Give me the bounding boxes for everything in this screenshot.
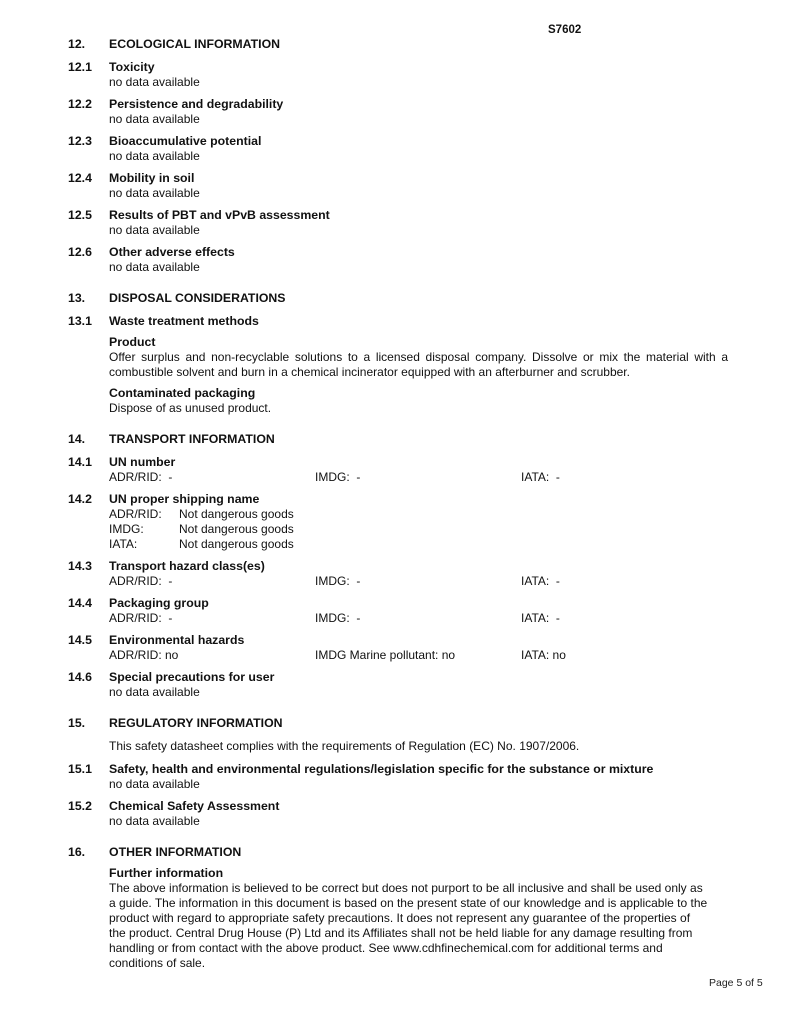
subsection-text: no data available: [109, 685, 728, 700]
shipping-key: ADR/RID:: [109, 507, 179, 522]
iata-value: IATA: -: [521, 611, 560, 626]
subsection-title: Chemical Safety Assessment: [109, 799, 728, 814]
section-12-heading: 12. ECOLOGICAL INFORMATION: [68, 37, 728, 52]
regulatory-intro: This safety datasheet complies with the …: [68, 739, 728, 754]
section-15-heading: 15. REGULATORY INFORMATION: [68, 716, 728, 731]
section-title: ECOLOGICAL INFORMATION: [109, 37, 728, 52]
subsection-number: 15.2: [68, 799, 109, 829]
product-title: Product: [109, 335, 728, 350]
imdg-value: IMDG: -: [315, 574, 521, 589]
transport-values: ADR/RID: - IMDG: - IATA: -: [109, 611, 728, 626]
imdg-value: IMDG Marine pollutant: no: [315, 648, 521, 663]
adr-value: ADR/RID: no: [109, 648, 315, 663]
subsection-number: 14.3: [68, 559, 109, 589]
subsection-title: Other adverse effects: [109, 245, 728, 260]
packaging-title: Contaminated packaging: [109, 386, 728, 401]
subsection-13-1: 13.1 Waste treatment methods Product Off…: [68, 314, 728, 416]
subsection-title: Mobility in soil: [109, 171, 728, 186]
page-number: Page 5 of 5: [709, 977, 763, 989]
transport-values: ADR/RID: - IMDG: - IATA: -: [109, 574, 728, 589]
adr-value: ADR/RID: -: [109, 574, 315, 589]
iata-value: IATA: no: [521, 648, 566, 663]
section-title: OTHER INFORMATION: [109, 845, 728, 860]
section-title: REGULATORY INFORMATION: [109, 716, 728, 731]
subsection-title: Waste treatment methods: [109, 314, 728, 329]
subsection-15-2: 15.2 Chemical Safety Assessmentno data a…: [68, 799, 728, 829]
adr-value: ADR/RID: -: [109, 611, 315, 626]
subsection-number: 14.6: [68, 670, 109, 700]
subsection-number: 14.4: [68, 596, 109, 626]
section-title: DISPOSAL CONSIDERATIONS: [109, 291, 728, 306]
subsection-text: no data available: [109, 112, 728, 127]
document-code: S7602: [548, 24, 581, 36]
subsection-number: 12.2: [68, 97, 109, 127]
subsection-title: Safety, health and environmental regulat…: [109, 762, 728, 777]
subsection-12-6: 12.6 Other adverse effectsno data availa…: [68, 245, 728, 275]
imdg-value: IMDG: -: [315, 470, 521, 485]
subsection-text: no data available: [109, 186, 728, 201]
shipping-row-imdg: IMDG:Not dangerous goods: [109, 522, 728, 537]
section-13-heading: 13. DISPOSAL CONSIDERATIONS: [68, 291, 728, 306]
subsection-14-6: 14.6 Special precautions for userno data…: [68, 670, 728, 700]
product-text: Offer surplus and non-recyclable solutio…: [109, 350, 728, 380]
subsection-14-1: 14.1 UN number ADR/RID: - IMDG: - IATA: …: [68, 455, 728, 485]
shipping-row-iata: IATA:Not dangerous goods: [109, 537, 728, 552]
subsection-title: Toxicity: [109, 60, 728, 75]
subsection-text: no data available: [109, 260, 728, 275]
shipping-value: Not dangerous goods: [179, 522, 294, 537]
section-number: 13.: [68, 291, 109, 306]
subsection-number: 12.5: [68, 208, 109, 238]
subsection-title: Persistence and degradability: [109, 97, 728, 112]
shipping-value: Not dangerous goods: [179, 537, 294, 552]
shipping-value: Not dangerous goods: [179, 507, 294, 522]
packaging-text: Dispose of as unused product.: [109, 401, 728, 416]
shipping-key: IATA:: [109, 537, 179, 552]
subsection-title: Results of PBT and vPvB assessment: [109, 208, 728, 223]
section-number: 12.: [68, 37, 109, 52]
shipping-row-adr: ADR/RID:Not dangerous goods: [109, 507, 728, 522]
section-number: 15.: [68, 716, 109, 731]
subsection-title: UN proper shipping name: [109, 492, 728, 507]
subsection-number: 12.3: [68, 134, 109, 164]
adr-value: ADR/RID: -: [109, 470, 315, 485]
subsection-title: Packaging group: [109, 596, 728, 611]
further-information-text: The above information is believed to be …: [109, 881, 709, 971]
section-14-heading: 14. TRANSPORT INFORMATION: [68, 432, 728, 447]
iata-value: IATA: -: [521, 470, 560, 485]
subsection-title: Bioaccumulative potential: [109, 134, 728, 149]
subsection-number: 15.1: [68, 762, 109, 792]
subsection-text: no data available: [109, 75, 728, 90]
further-information: Further information The above informatio…: [68, 866, 728, 971]
subsection-12-4: 12.4 Mobility in soilno data available: [68, 171, 728, 201]
subsection-number: 12.1: [68, 60, 109, 90]
subsection-number: 14.1: [68, 455, 109, 485]
subsection-12-3: 12.3 Bioaccumulative potentialno data av…: [68, 134, 728, 164]
subsection-number: 12.6: [68, 245, 109, 275]
transport-values: ADR/RID: no IMDG Marine pollutant: no IA…: [109, 648, 728, 663]
subsection-12-2: 12.2 Persistence and degradabilityno dat…: [68, 97, 728, 127]
further-information-title: Further information: [109, 866, 728, 881]
regulatory-intro-text: This safety datasheet complies with the …: [109, 739, 728, 754]
section-title: TRANSPORT INFORMATION: [109, 432, 728, 447]
subsection-number: 13.1: [68, 314, 109, 416]
subsection-14-3: 14.3 Transport hazard class(es) ADR/RID:…: [68, 559, 728, 589]
subsection-number: 14.5: [68, 633, 109, 663]
section-16-heading: 16. OTHER INFORMATION: [68, 845, 728, 860]
subsection-12-5: 12.5 Results of PBT and vPvB assessmentn…: [68, 208, 728, 238]
subsection-text: no data available: [109, 777, 728, 792]
subsection-text: no data available: [109, 149, 728, 164]
imdg-value: IMDG: -: [315, 611, 521, 626]
iata-value: IATA: -: [521, 574, 560, 589]
subsection-number: 14.2: [68, 492, 109, 552]
transport-values: ADR/RID: - IMDG: - IATA: -: [109, 470, 728, 485]
section-number: 16.: [68, 845, 109, 860]
subsection-15-1: 15.1 Safety, health and environmental re…: [68, 762, 728, 792]
subsection-title: Special precautions for user: [109, 670, 728, 685]
subsection-title: Transport hazard class(es): [109, 559, 728, 574]
subsection-title: Environmental hazards: [109, 633, 728, 648]
section-number: 14.: [68, 432, 109, 447]
subsection-title: UN number: [109, 455, 728, 470]
subsection-12-1: 12.1 Toxicityno data available: [68, 60, 728, 90]
subsection-number: 12.4: [68, 171, 109, 201]
subsection-text: no data available: [109, 814, 728, 829]
sds-content: 12. ECOLOGICAL INFORMATION 12.1 Toxicity…: [68, 37, 728, 971]
subsection-14-4: 14.4 Packaging group ADR/RID: - IMDG: - …: [68, 596, 728, 626]
subsection-14-5: 14.5 Environmental hazards ADR/RID: no I…: [68, 633, 728, 663]
subsection-14-2: 14.2 UN proper shipping name ADR/RID:Not…: [68, 492, 728, 552]
shipping-key: IMDG:: [109, 522, 179, 537]
subsection-text: no data available: [109, 223, 728, 238]
